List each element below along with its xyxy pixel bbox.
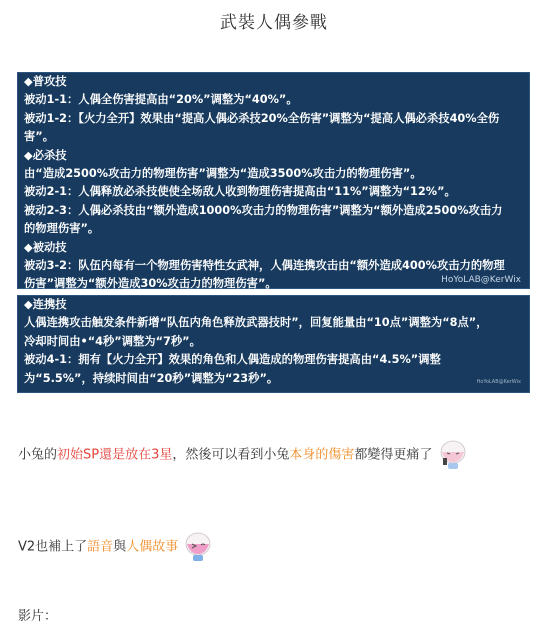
highlight-orange: 人偶故事 — [126, 540, 178, 555]
paragraph-sp-damage: 小兔的初始SP還是放在3星，然後可以看到小兔本身的傷害都變得更痛了 — [18, 438, 469, 472]
note-line: 由“造成2500%攻击力的物理伤害”调整为“造成3500%攻击力的物理伤害”。 — [24, 165, 523, 183]
paragraph-v2-voice: V2也補上了語音與人偶故事 — [18, 530, 214, 564]
text: 小兔的 — [18, 448, 57, 463]
section-header-basic-attack: ◆普攻技 — [24, 73, 523, 91]
watermark: HoYoLAB@KerWix — [441, 274, 521, 286]
watermark: HoYoLAB@KerWix — [477, 376, 521, 388]
text: 與 — [113, 540, 126, 555]
note-line: 为“5.5%”，持续时间由“20秒”调整为“23秒”。 — [24, 370, 523, 388]
note-line: 人偶连携攻击触发条件新增“队伍内角色释放武器技时”，回复能量由“10点”调整为“… — [24, 314, 523, 332]
note-line: 被动2-3：人偶必杀技由“额外造成1000%攻击力的物理伤害”调整为“额外造成2… — [24, 202, 523, 220]
highlight-red: 初始SP還是放在3星 — [57, 448, 172, 463]
section-header-combo: ◆连携技 — [24, 296, 523, 314]
note-line: 的物理伤害”。 — [24, 220, 523, 238]
article-title: 武裝人偶參戰 — [0, 8, 548, 33]
highlight-orange: 本身的傷害 — [289, 448, 354, 463]
note-line: 冷却时间由•“4秒”调整为“7秒”。 — [24, 333, 523, 351]
text: ，然後可以看到小兔 — [172, 448, 289, 463]
highlight-orange: 語音 — [87, 540, 113, 555]
text: 都變得更痛了 — [354, 448, 432, 463]
patch-notes-image-1: ◆普攻技 被动1-1：人偶全伤害提高由“20%”调整为“40%”。 被动1-2：… — [17, 72, 530, 289]
section-header-passive: ◆被动技 — [24, 239, 523, 257]
paragraph-video-label: 影片： — [18, 605, 57, 624]
note-line: 被动2-1：人偶释放必杀技使使全场敌人收到物理伤害提高由“11%”调整为“12%… — [24, 183, 523, 201]
note-line: 被动1-1：人偶全伤害提高由“20%”调整为“40%”。 — [24, 91, 523, 109]
patch-notes-image-2: ◆连携技 人偶连携攻击触发条件新增“队伍内角色释放武器技时”，回复能量由“10点… — [17, 295, 530, 393]
winking-chibi-sticker-icon — [182, 530, 214, 564]
note-line: 害”。 — [24, 128, 523, 146]
note-line: 被动4-1：拥有【火力全开】效果的角色和人偶造成的物理伤害提高由“4.5%”调整 — [24, 351, 523, 369]
crying-chibi-sticker-icon — [437, 438, 469, 472]
note-line: 被动3-2：队伍内每有一个物理伤害特性女武神，人偶连携攻击由“额外造成400%攻… — [24, 257, 523, 275]
note-line: 被动1-2：【火力全开】效果由“提高人偶必杀技20%全伤害”调整为“提高人偶必杀… — [24, 110, 523, 128]
text: V2也補上了 — [18, 540, 87, 555]
section-header-ultimate: ◆必杀技 — [24, 147, 523, 165]
